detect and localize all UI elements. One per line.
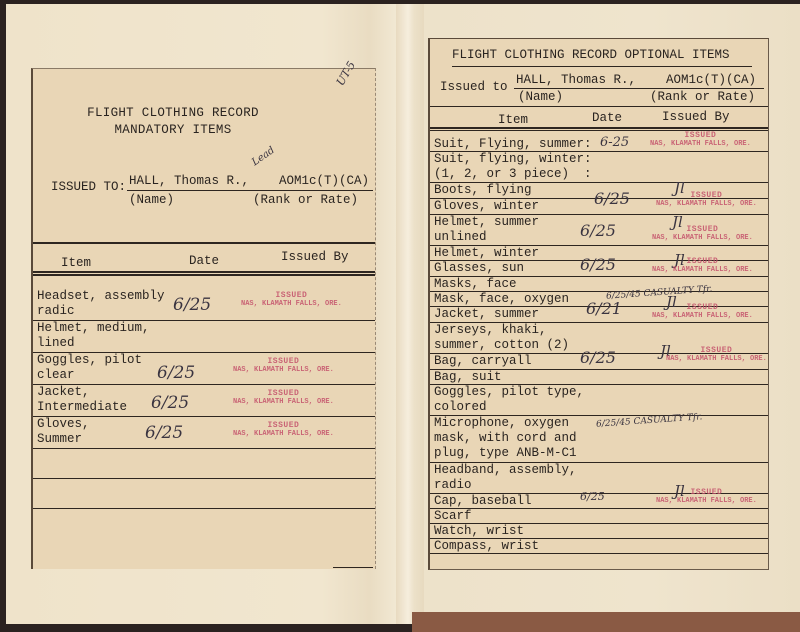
table-row: Compass, wrist [430, 539, 768, 554]
date-text: 6/25 [580, 255, 616, 274]
issued-to-label: Issued to [440, 80, 508, 94]
table-row: Glasses, sun 6/25 Jl ISSUEDNAS, KLAMATH … [430, 261, 768, 277]
card-title: FLIGHT CLOTHING RECORD OPTIONAL ITEMS [452, 48, 730, 62]
book-cover-edge [412, 612, 800, 632]
header-issued-by: Issued By [662, 110, 730, 124]
issued-stamp: ISSUEDNAS, KLAMATH FALLS, ORE. [656, 488, 757, 506]
table-row: Headset, assembly radic 6/25 ISSUEDNAS, … [33, 289, 375, 321]
table-row: Masks, face [430, 277, 768, 292]
item-text: Goggles, pilot type, colored [434, 385, 584, 415]
table-row [33, 479, 375, 509]
table-row: Gloves, Summer 6/25 ISSUEDNAS, KLAMATH F… [33, 417, 375, 449]
issued-to-label: ISSUED TO: [51, 180, 126, 194]
name-annotation: Lead [250, 145, 277, 168]
date-text: 6/25 [151, 393, 189, 413]
header-item: Item [498, 113, 528, 127]
issued-to-rank: AOM1c(T)(CA) [279, 174, 369, 188]
issued-stamp: ISSUEDNAS, KLAMATH FALLS, ORE. [233, 357, 334, 375]
date-text: 6-25 [600, 135, 629, 150]
issued-stamp: ISSUEDNAS, KLAMATH FALLS, ORE. [650, 131, 751, 149]
date-text: 6/25 [145, 423, 183, 443]
item-text: Headset, assembly radic [37, 289, 165, 319]
table-row: Goggles, pilot clear 6/25 ISSUEDNAS, KLA… [33, 353, 375, 385]
item-text: Helmet, medium, lined [37, 321, 150, 351]
table-row: Jacket, summer 6/21 Jl ISSUEDNAS, KLAMAT… [430, 307, 768, 323]
date-text: 6/25 [580, 490, 605, 503]
item-text: Microphone, oxygen mask, with cord and p… [434, 416, 577, 461]
table-row: Suit, Flying, summer: 6-25 ISSUEDNAS, KL… [430, 137, 768, 152]
item-text: Jacket, summer [434, 307, 539, 322]
name-caption: (Name) [129, 193, 174, 207]
item-text: Gloves, Summer [37, 417, 90, 447]
issued-stamp: ISSUEDNAS, KLAMATH FALLS, ORE. [652, 225, 753, 243]
table-row: Jacket, Intermediate 6/25 ISSUEDNAS, KLA… [33, 385, 375, 417]
date-text: 6/21 [586, 299, 622, 318]
header-date: Date [592, 111, 622, 125]
header-item: Item [61, 256, 91, 270]
item-text: Headband, assembly, radio [434, 463, 577, 493]
table-row: Helmet, summer unlined 6/25 Jl ISSUEDNAS… [430, 215, 768, 246]
item-text: Glasses, sun [434, 261, 524, 276]
issued-to-rank: AOM1c(T)(CA) [666, 73, 756, 87]
table-row: Microphone, oxygen mask, with cord and p… [430, 416, 768, 463]
issued-to-name: HALL, Thomas R., [516, 73, 636, 87]
card-title-line1: FLIGHT CLOTHING RECORD [33, 106, 313, 120]
mandatory-items-card: FLIGHT CLOTHING RECORD MANDATORY ITEMS U… [31, 68, 376, 569]
header-issued-by: Issued By [281, 250, 349, 264]
issued-stamp: ISSUEDNAS, KLAMATH FALLS, ORE. [233, 421, 334, 439]
issued-stamp: ISSUEDNAS, KLAMATH FALLS, ORE. [233, 389, 334, 407]
date-text: 6/25 [580, 221, 616, 240]
issued-stamp: ISSUEDNAS, KLAMATH FALLS, ORE. [666, 346, 767, 364]
table-row: Goggles, pilot type, colored [430, 385, 768, 416]
name-caption: (Name) [518, 90, 563, 104]
issued-stamp: ISSUEDNAS, KLAMATH FALLS, ORE. [652, 303, 753, 321]
date-text: 6/25 [580, 348, 616, 367]
optional-items-card: FLIGHT CLOTHING RECORD OPTIONAL ITEMS Is… [428, 38, 769, 570]
card-title-line2: MANDATORY ITEMS [33, 123, 313, 137]
item-text: Jacket, Intermediate [37, 385, 127, 415]
header-date: Date [189, 254, 219, 268]
issued-stamp: ISSUEDNAS, KLAMATH FALLS, ORE. [652, 257, 753, 275]
rank-caption: (Rank or Rate) [253, 193, 358, 207]
table-row: Gloves, winter 6/25 Jl ISSUEDNAS, KLAMAT… [430, 199, 768, 215]
date-text: 6/25 [173, 295, 211, 315]
rank-caption: (Rank or Rate) [650, 90, 755, 104]
table-row: Scarf [430, 509, 768, 524]
table-row: Bag, carryall 6/25 Jl ISSUEDNAS, KLAMATH… [430, 354, 768, 370]
item-text: Gloves, winter [434, 199, 539, 214]
issued-stamp: ISSUEDNAS, KLAMATH FALLS, ORE. [656, 191, 757, 209]
date-text: 6/25 [157, 363, 195, 383]
issued-to-name: HALL, Thomas R., [129, 174, 249, 188]
table-row: Watch, wrist [430, 524, 768, 539]
item-text: Jerseys, khaki, summer, cotton (2) [434, 323, 569, 353]
table-row: Cap, baseball 6/25 Jl ISSUEDNAS, KLAMATH… [430, 494, 768, 509]
table-row: Helmet, medium, lined [33, 321, 375, 353]
date-text: 6/25 [594, 189, 630, 208]
item-text: Goggles, pilot clear [37, 353, 142, 383]
table-row: Bag, suit [430, 370, 768, 385]
table-row: Suit, flying, winter: (1, 2, or 3 piece)… [430, 152, 768, 183]
item-text: Helmet, summer unlined [434, 215, 539, 245]
book-spine [396, 4, 426, 624]
item-text: Suit, flying, winter: (1, 2, or 3 piece)… [434, 152, 592, 182]
issued-stamp: ISSUEDNAS, KLAMATH FALLS, ORE. [241, 291, 342, 309]
table-row [33, 449, 375, 479]
item-text: Bag, carryall [434, 354, 532, 369]
item-text: Boots, flying [434, 183, 532, 198]
